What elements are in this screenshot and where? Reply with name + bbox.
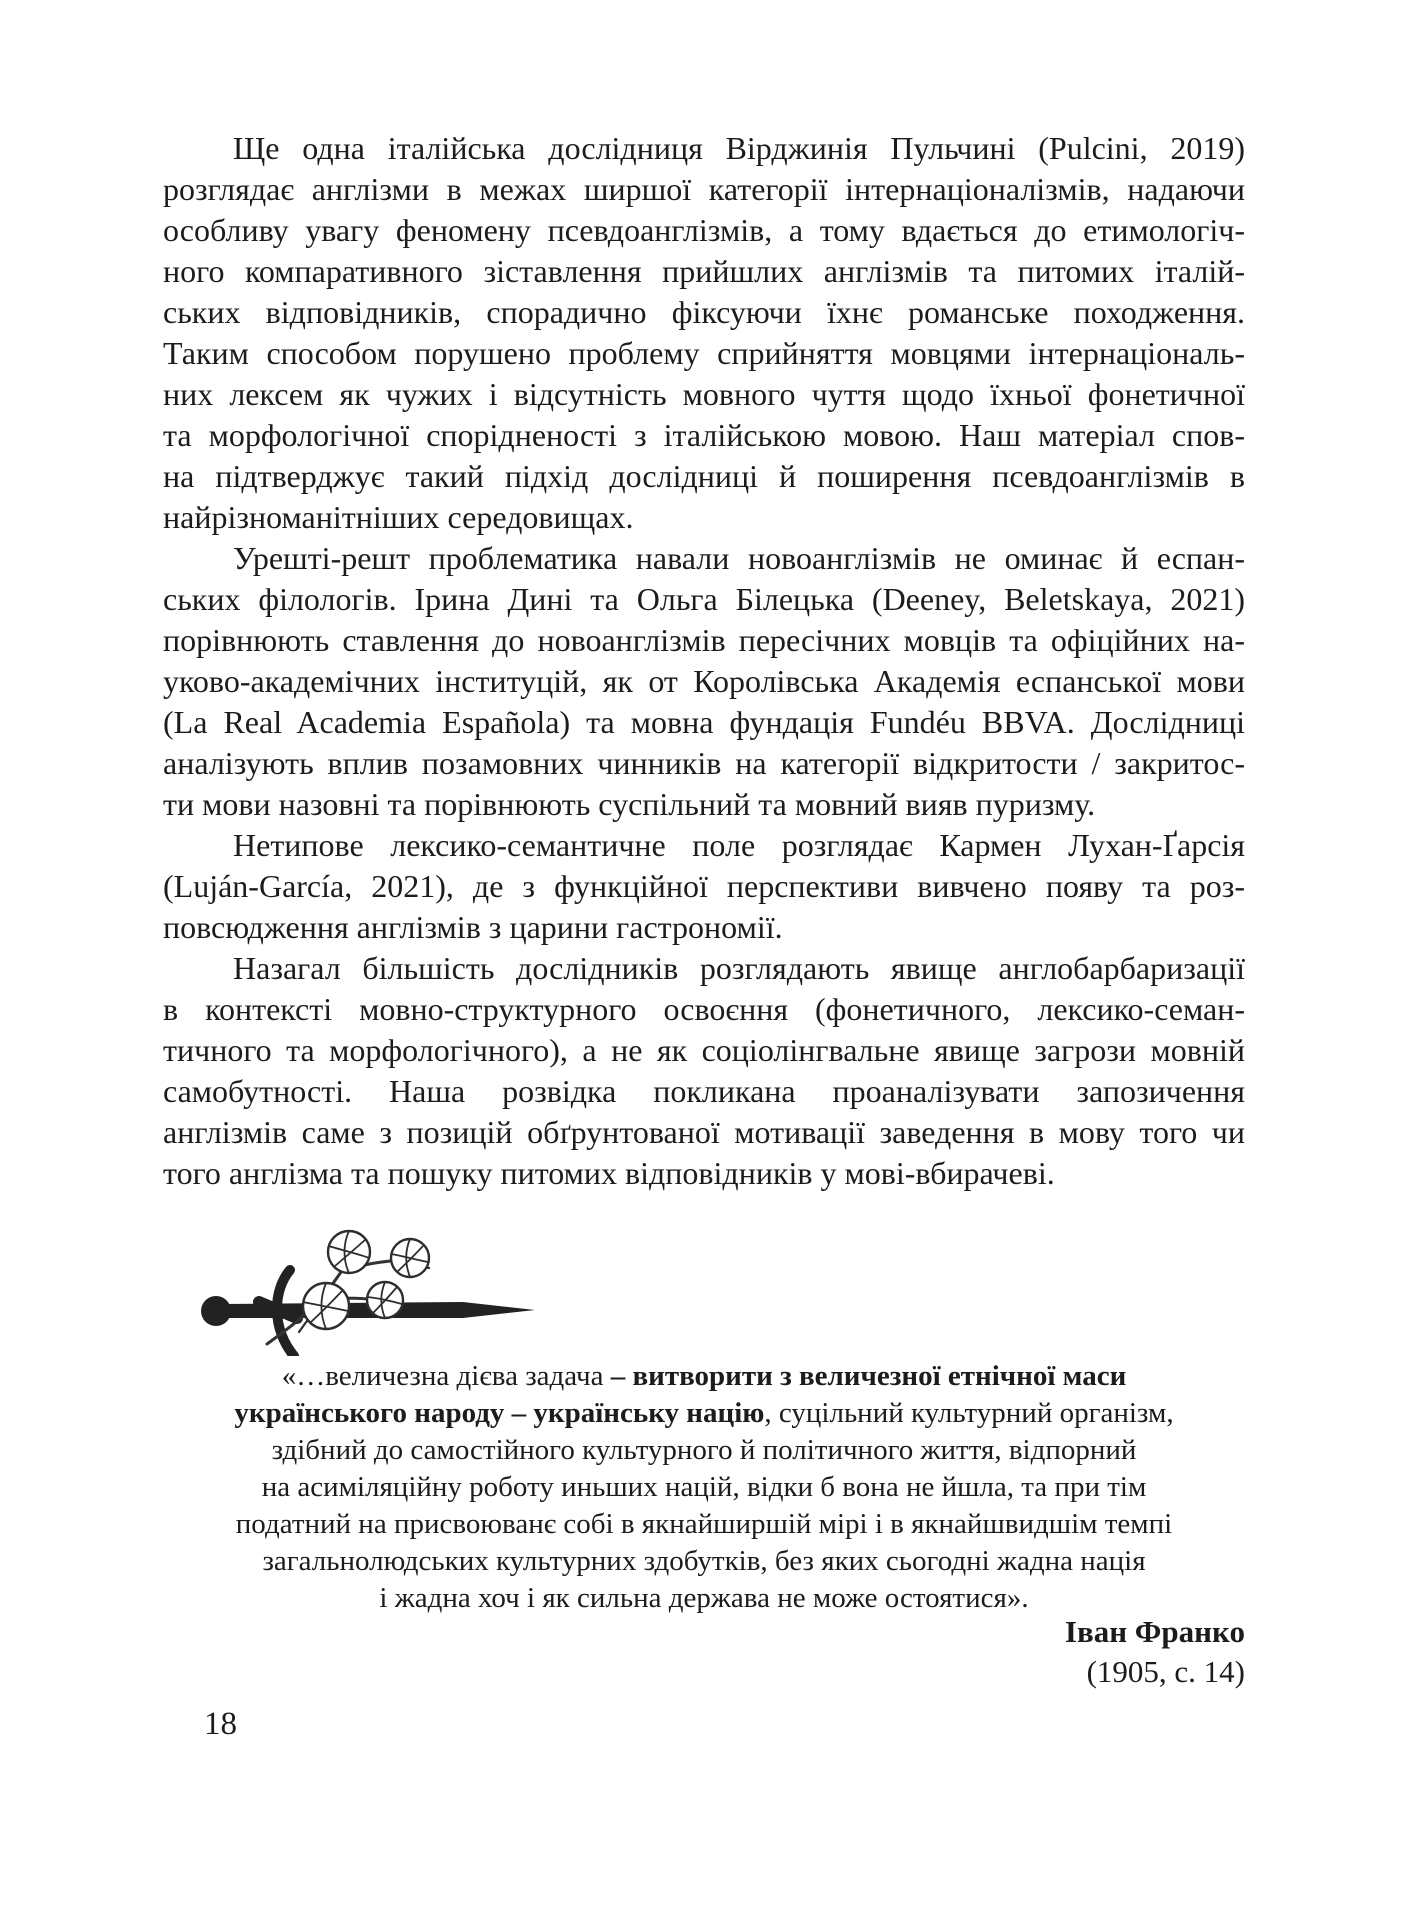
sword-cotton-icon [163, 1206, 538, 1356]
text-line: найрізноманітніших середовищах. [163, 497, 1245, 538]
text-line: Ще одна італійська дослідниця Вірджинія … [163, 128, 1245, 169]
text-line: уково-академічних інституцій, як от Коро… [163, 661, 1245, 702]
text-line: Нетипове лексико-семантичне поле розгляд… [163, 825, 1245, 866]
text-line: ти мови назовні та порівнюють суспільний… [163, 784, 1245, 825]
text-line: повсюдження англізмів з царини гастроном… [163, 907, 1245, 948]
quote-attribution: Іван Франко (1905, с. 14) [645, 1612, 1245, 1692]
quote-author: Іван Франко [645, 1612, 1245, 1652]
text-line: Урешті-решт проблематика навали новоангл… [163, 538, 1245, 579]
quote-line: «…величезна дієва задача – витворити з в… [163, 1358, 1245, 1395]
text-line: та морфологічної спорідненості з італійс… [163, 415, 1245, 456]
page-number: 18 [204, 1706, 237, 1743]
text-line: аналізують вплив позамовних чинників на … [163, 743, 1245, 784]
text-line: (Luján-García, 2021), де з функційної пе… [163, 866, 1245, 907]
text-line: Назагал більшість дослідників розглядают… [163, 948, 1245, 989]
text-line: в контексті мовно-структурного освоєння … [163, 989, 1245, 1030]
quote-line: здібний до самостійного культурного й по… [163, 1432, 1245, 1469]
text-line: ських філологів. Ірина Дині та Ольга Біл… [163, 579, 1245, 620]
text-line: англізмів саме з позицій обґрунтованої м… [163, 1112, 1245, 1153]
book-page: Ще одна італійська дослідниця Вірджинія … [0, 0, 1408, 1920]
text-line: того англізма та пошуку питомих відповід… [163, 1153, 1245, 1194]
text-line: (La Real Academia Española) та мовна фун… [163, 702, 1245, 743]
text-line: ного компаративного зіставлення прийшлих… [163, 251, 1245, 292]
quote-line: на асиміляційну роботу иньших націй, від… [163, 1469, 1245, 1506]
divider-sword-cotton-illustration [163, 1206, 538, 1356]
blockquote: «…величезна дієва задача – витворити з в… [163, 1358, 1245, 1617]
quote-source-reference: (1905, с. 14) [645, 1652, 1245, 1692]
body-paragraphs: Ще одна італійська дослідниця Вірджинія … [163, 128, 1245, 1194]
text-line: порівнюють ставлення до новоанглізмів пе… [163, 620, 1245, 661]
text-line: самобутності. Наша розвідка покликана пр… [163, 1071, 1245, 1112]
quote-line: податний на присвоюванє собі в якнайширш… [163, 1506, 1245, 1543]
quote-line: українського народу – українську націю, … [163, 1395, 1245, 1432]
text-line: особливу увагу феномену псевдоанглізмів,… [163, 210, 1245, 251]
text-line: розглядає англізми в межах ширшої катего… [163, 169, 1245, 210]
text-line: них лексем як чужих і відсутність мовног… [163, 374, 1245, 415]
text-line: на підтверджує такий підхід дослідниці й… [163, 456, 1245, 497]
text-line: тичного та морфологічного), а не як соці… [163, 1030, 1245, 1071]
text-line: Таким способом порушено проблему сприйня… [163, 333, 1245, 374]
quote-line: загальнолюдських культурних здобутків, б… [163, 1543, 1245, 1580]
text-line: ських відповідників, спорадично фіксуючи… [163, 292, 1245, 333]
